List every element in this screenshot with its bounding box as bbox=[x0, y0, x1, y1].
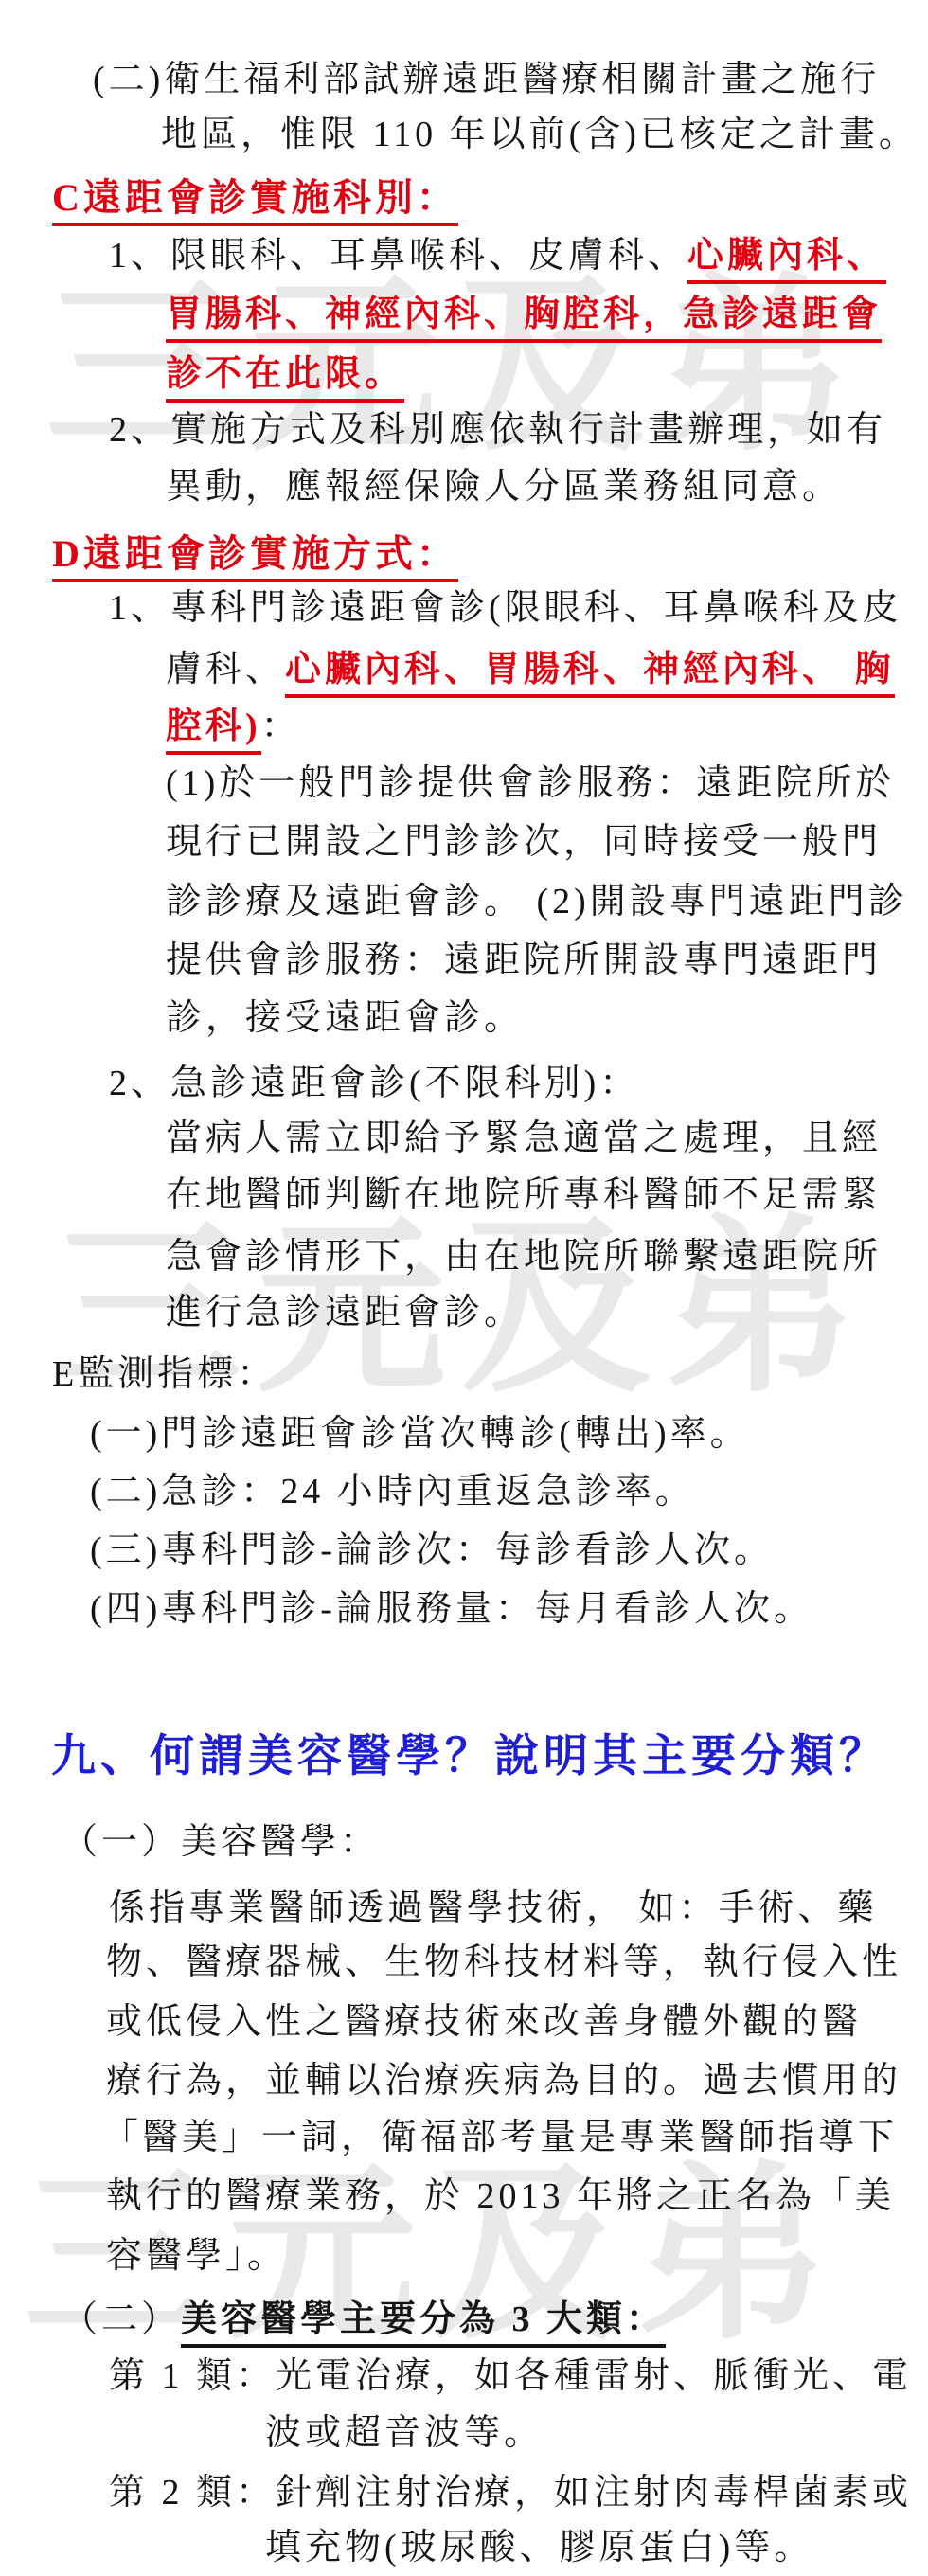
text-line: (三)專科門診-論診次：每診看診人次。 bbox=[90, 1530, 774, 1572]
text-segment: 物、醫療器械、生物科技材料等，執行侵入性 bbox=[106, 1942, 901, 1984]
text-line: 胃腸科、神經內科、胸腔科，急診遠距會 bbox=[166, 295, 882, 343]
text-line: 腔科)： bbox=[166, 707, 301, 755]
text-segment: 診，接受遠距會診。 bbox=[166, 998, 524, 1040]
text-segment: 第 1 類：光電治療，如各種雷射、脈衝光、電 bbox=[109, 2356, 912, 2398]
text-line: (四)專科門診-論服務量：每月看診人次。 bbox=[90, 1589, 813, 1631]
text-line: 異動，應報經保險人分區業務組同意。 bbox=[166, 467, 842, 509]
text-line: E監測指標： bbox=[52, 1354, 277, 1396]
text-line: 波或超音波等。 bbox=[265, 2413, 544, 2455]
text-segment: 執行的醫療業務，於 2013 年將之正名為「美 bbox=[106, 2176, 895, 2218]
text-line: 提供會診服務：遠距院所開設專門遠距門 bbox=[166, 940, 882, 982]
text-line: 當病人需立即給予緊急適當之處理，且經 bbox=[166, 1118, 882, 1160]
text-segment: 波或超音波等。 bbox=[265, 2413, 544, 2455]
text-line: 容醫學」。 bbox=[106, 2236, 287, 2278]
text-segment: 膚科、 bbox=[166, 650, 285, 691]
text-segment: 美容醫學主要分為 3 大類： bbox=[181, 2299, 666, 2348]
text-line: 診不在此限。 bbox=[166, 354, 404, 402]
text-segment: (四)專科門診-論服務量：每月看診人次。 bbox=[90, 1589, 813, 1631]
text-segment: （二） bbox=[62, 2299, 181, 2341]
text-line: 1、限眼科、耳鼻喉科、皮膚科、心臟內科、 bbox=[109, 236, 886, 284]
text-line: （二）美容醫學主要分為 3 大類： bbox=[62, 2299, 666, 2348]
text-segment: 診診療及遠距會診。 (2)開設專門遠距門診 bbox=[166, 882, 908, 923]
text-segment: 容醫學」。 bbox=[106, 2236, 287, 2278]
text-segment: C遠距會診實施科別： bbox=[52, 176, 458, 226]
document-content: (二)衛生福利部試辦遠距醫療相關計畫之施行地區，惟限 110 年以前(含)已核定… bbox=[0, 0, 928, 2576]
text-segment: 療行為，並輔以治療疾病為目的。過去慣用的 bbox=[106, 2061, 901, 2102]
text-line: 執行的醫療業務，於 2013 年將之正名為「美 bbox=[106, 2176, 895, 2218]
text-segment: 腔科) bbox=[166, 707, 261, 755]
text-segment: 九、何謂美容醫學？說明其主要分類？ bbox=[51, 1731, 888, 1782]
text-segment: ： bbox=[261, 707, 301, 748]
text-line: 診診療及遠距會診。 (2)開設專門遠距門診 bbox=[166, 882, 908, 923]
text-line: 2、實施方式及科別應依執行計畫辦理，如有 bbox=[109, 410, 886, 452]
text-segment: 急會診情形下，由在地院所聯繫遠距院所 bbox=[166, 1237, 882, 1279]
text-segment: 提供會診服務：遠距院所開設專門遠距門 bbox=[166, 940, 882, 982]
document-page: 三元及弟三元及弟三元及弟 (二)衛生福利部試辦遠距醫療相關計畫之施行地區，惟限 … bbox=[0, 0, 928, 2576]
text-segment: 第 2 類：針劑注射治療，如注射肉毒桿菌素或 bbox=[109, 2473, 912, 2514]
text-line: 九、何謂美容醫學？說明其主要分類？ bbox=[51, 1731, 888, 1782]
text-segment: (三)專科門診-論診次：每診看診人次。 bbox=[90, 1530, 774, 1572]
text-segment: 地區，惟限 110 年以前(含)已核定之計畫。 bbox=[161, 115, 919, 156]
text-line: 現行已開設之門診診次，同時接受一般門 bbox=[166, 822, 882, 864]
text-segment: 心臟內科、胃腸科、神經內科、 胸 bbox=[285, 650, 895, 698]
text-segment: 係指專業醫師透過醫學技術， 如：手術、藥 bbox=[109, 1888, 878, 1930]
text-segment: (一)門診遠距會診當次轉診(轉出)率。 bbox=[90, 1414, 750, 1456]
text-segment: 當病人需立即給予緊急適當之處理，且經 bbox=[166, 1118, 882, 1160]
text-line: (1)於一般門診提供會診服務：遠距院所於 bbox=[166, 763, 895, 805]
text-line: 或低侵入性之醫療技術來改善身體外觀的醫 bbox=[106, 2002, 862, 2044]
text-line: 療行為，並輔以治療疾病為目的。過去慣用的 bbox=[106, 2061, 901, 2102]
text-segment: 現行已開設之門診診次，同時接受一般門 bbox=[166, 822, 882, 864]
text-segment: E監測指標： bbox=[52, 1354, 277, 1396]
text-segment: 胃腸科、神經內科、胸腔科，急診遠距會 bbox=[166, 295, 882, 343]
text-segment: 1、專科門診遠距會診(限眼科、耳鼻喉科及皮 bbox=[109, 588, 902, 630]
text-segment: 填充物(玻尿酸、膠原蛋白)等。 bbox=[265, 2528, 813, 2569]
text-line: 1、專科門診遠距會診(限眼科、耳鼻喉科及皮 bbox=[109, 588, 902, 630]
text-segment: D遠距會診實施方式： bbox=[52, 532, 458, 582]
text-line: 急會診情形下，由在地院所聯繫遠距院所 bbox=[166, 1237, 882, 1279]
text-line: 2、急診遠距會診(不限科別)： bbox=[109, 1064, 639, 1105]
text-line: 係指專業醫師透過醫學技術， 如：手術、藥 bbox=[109, 1888, 878, 1930]
text-line: 地區，惟限 110 年以前(含)已核定之計畫。 bbox=[161, 115, 919, 156]
text-line: 診，接受遠距會診。 bbox=[166, 998, 524, 1040]
text-segment: (1)於一般門診提供會診服務：遠距院所於 bbox=[166, 763, 895, 805]
text-line: (一)門診遠距會診當次轉診(轉出)率。 bbox=[90, 1414, 750, 1456]
text-line: 第 2 類：針劑注射治療，如注射肉毒桿菌素或 bbox=[109, 2473, 912, 2514]
text-segment: 2、急診遠距會診(不限科別)： bbox=[109, 1064, 639, 1105]
text-line: 填充物(玻尿酸、膠原蛋白)等。 bbox=[265, 2528, 813, 2569]
text-line: D遠距會診實施方式： bbox=[52, 532, 458, 582]
text-line: （一）美容醫學： bbox=[62, 1822, 380, 1864]
text-line: (二)衛生福利部試辦遠距醫療相關計畫之施行 bbox=[93, 60, 880, 101]
text-line: 第 1 類：光電治療，如各種雷射、脈衝光、電 bbox=[109, 2356, 912, 2398]
text-line: 物、醫療器械、生物科技材料等，執行侵入性 bbox=[106, 1942, 901, 1984]
text-line: 在地醫師判斷在地院所專科醫師不足需緊 bbox=[166, 1175, 882, 1217]
text-line: C遠距會診實施科別： bbox=[52, 176, 458, 226]
text-line: 進行急診遠距會診。 bbox=[166, 1293, 524, 1334]
text-segment: 進行急診遠距會診。 bbox=[166, 1293, 524, 1334]
text-segment: (二)急診：24 小時內重返急診率。 bbox=[90, 1472, 695, 1513]
text-segment: 「醫美」一詞，衛福部考量是專業醫師指導下 bbox=[102, 2118, 898, 2159]
text-segment: 1、限眼科、耳鼻喉科、皮膚科、 bbox=[109, 236, 687, 277]
text-segment: 診不在此限。 bbox=[166, 354, 404, 402]
text-segment: 或低侵入性之醫療技術來改善身體外觀的醫 bbox=[106, 2002, 862, 2044]
text-segment: 2、實施方式及科別應依執行計畫辦理，如有 bbox=[109, 410, 886, 452]
text-line: 膚科、心臟內科、胃腸科、神經內科、 胸 bbox=[166, 650, 895, 698]
text-segment: (二)衛生福利部試辦遠距醫療相關計畫之施行 bbox=[93, 60, 880, 101]
text-segment: 異動，應報經保險人分區業務組同意。 bbox=[166, 467, 842, 509]
text-line: (二)急診：24 小時內重返急診率。 bbox=[90, 1472, 695, 1513]
text-segment: 在地醫師判斷在地院所專科醫師不足需緊 bbox=[166, 1175, 882, 1217]
text-segment: 心臟內科、 bbox=[687, 236, 886, 284]
text-segment: （一）美容醫學： bbox=[62, 1822, 380, 1864]
text-line: 「醫美」一詞，衛福部考量是專業醫師指導下 bbox=[102, 2118, 898, 2159]
